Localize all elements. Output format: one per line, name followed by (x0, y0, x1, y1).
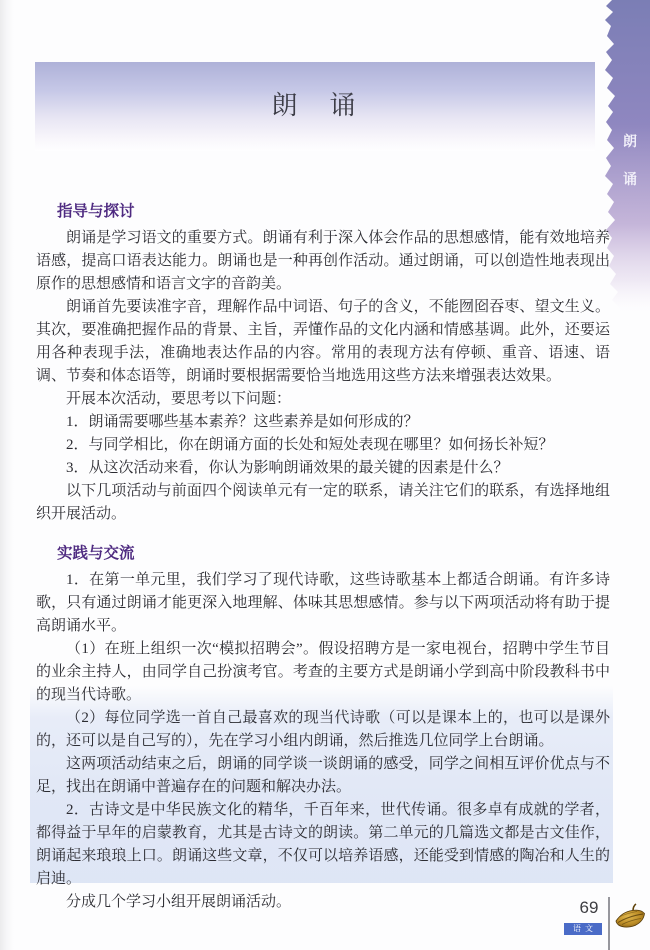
section-guidance: 指导与探讨 朗诵是学习语文的重要方式。朗诵有利于深入体会作品的思想感情，能有效地… (36, 201, 610, 526)
footer-divider (608, 897, 610, 950)
page-footer: 69 语文 (558, 897, 650, 950)
question-item-1: 1．朗诵需要哪些基本素养？这些素养是如何形成的？ (36, 411, 610, 434)
subject-badge: 语文 (564, 923, 602, 935)
page-left-edge-shadow (0, 0, 14, 950)
side-tab-ragged-shape (605, 0, 650, 312)
section-heading-practice: 实践与交流 (57, 543, 610, 565)
paragraph: 朗诵首先要读准字音，理解作品中词语、句子的含义，不能囫囵吞枣、望文生义。其次，要… (36, 296, 610, 388)
paragraph: 以下几项活动与前面四个阅读单元有一定的联系，请关注它们的联系，有选择地组织开展活… (36, 480, 610, 526)
content-area: 指导与探讨 朗诵是学习语文的重要方式。朗诵有利于深入体会作品的思想感情，能有效地… (36, 201, 610, 914)
activity-sub-item-1: （1）在班上组织一次“模拟招聘会”。假设招聘方是一家电视台，招聘中学生节目的业余… (36, 638, 610, 707)
side-tab-char-1: 朗 (623, 133, 637, 149)
page-title: 朗 诵 (35, 62, 595, 122)
activity-sub-item-2: （2）每位同学选一首自己最喜欢的现当代诗歌（可以是课本上的，也可以是课外的，还可… (36, 707, 610, 753)
page-number: 69 (572, 898, 606, 918)
paragraph: 开展本次活动，要思考以下问题： (36, 388, 610, 411)
paragraph: 分成几个学习小组开展朗诵活动。 (36, 891, 610, 914)
question-item-2: 2．与同学相比，你在朗诵方面的长处和短处表现在哪里？如何扬长补短？ (36, 434, 610, 457)
side-tab-char-2: 诵 (623, 171, 637, 187)
chapter-banner: 朗 诵 (35, 62, 595, 151)
section-heading-guidance: 指导与探讨 (57, 201, 610, 223)
section-practice: 实践与交流 1．在第一单元里，我们学习了现代诗歌，这些诗歌基本上都适合朗诵。有许… (36, 543, 610, 914)
paragraph: 这两项活动结束之后，朗诵的同学谈一谈朗诵的感受，同学之间相互评价优点与不足，找出… (36, 753, 610, 799)
activity-item-2: 2．古诗文是中华民族文化的精华，千百年来，世代传诵。很多卓有成就的学者，都得益于… (36, 799, 610, 891)
activity-item-1: 1．在第一单元里，我们学习了现代诗歌，这些诗歌基本上都适合朗诵。有许多诗歌，只有… (36, 569, 610, 638)
leaf-icon (613, 903, 647, 933)
paragraph: 朗诵是学习语文的重要方式。朗诵有利于深入体会作品的思想感情，能有效地培养语感，提… (36, 227, 610, 296)
question-item-3: 3．从这次活动来看，你认为影响朗诵效果的最关键的因素是什么？ (36, 457, 610, 480)
